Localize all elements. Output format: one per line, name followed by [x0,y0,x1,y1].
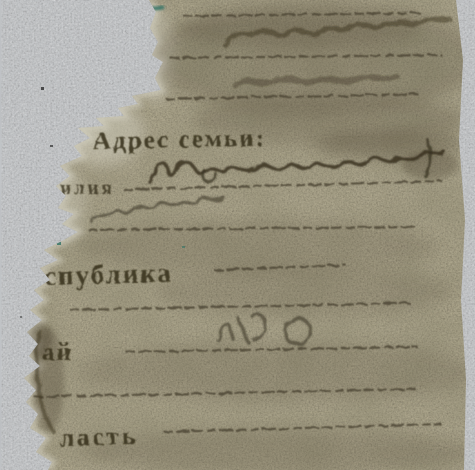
document-scan: Адрес семьи: илия спублика ай ласть [0,0,475,470]
field-label-oblast: ласть [59,423,138,453]
field-label-krai: ай [42,339,73,366]
field-label-respublika: спублика [44,258,174,291]
heading-address-of-family: Адрес семьи: [93,125,266,156]
field-label-iliya: илия [60,178,115,199]
scanned-document-page: Адрес семьи: илия спублика ай ласть [0,0,475,470]
